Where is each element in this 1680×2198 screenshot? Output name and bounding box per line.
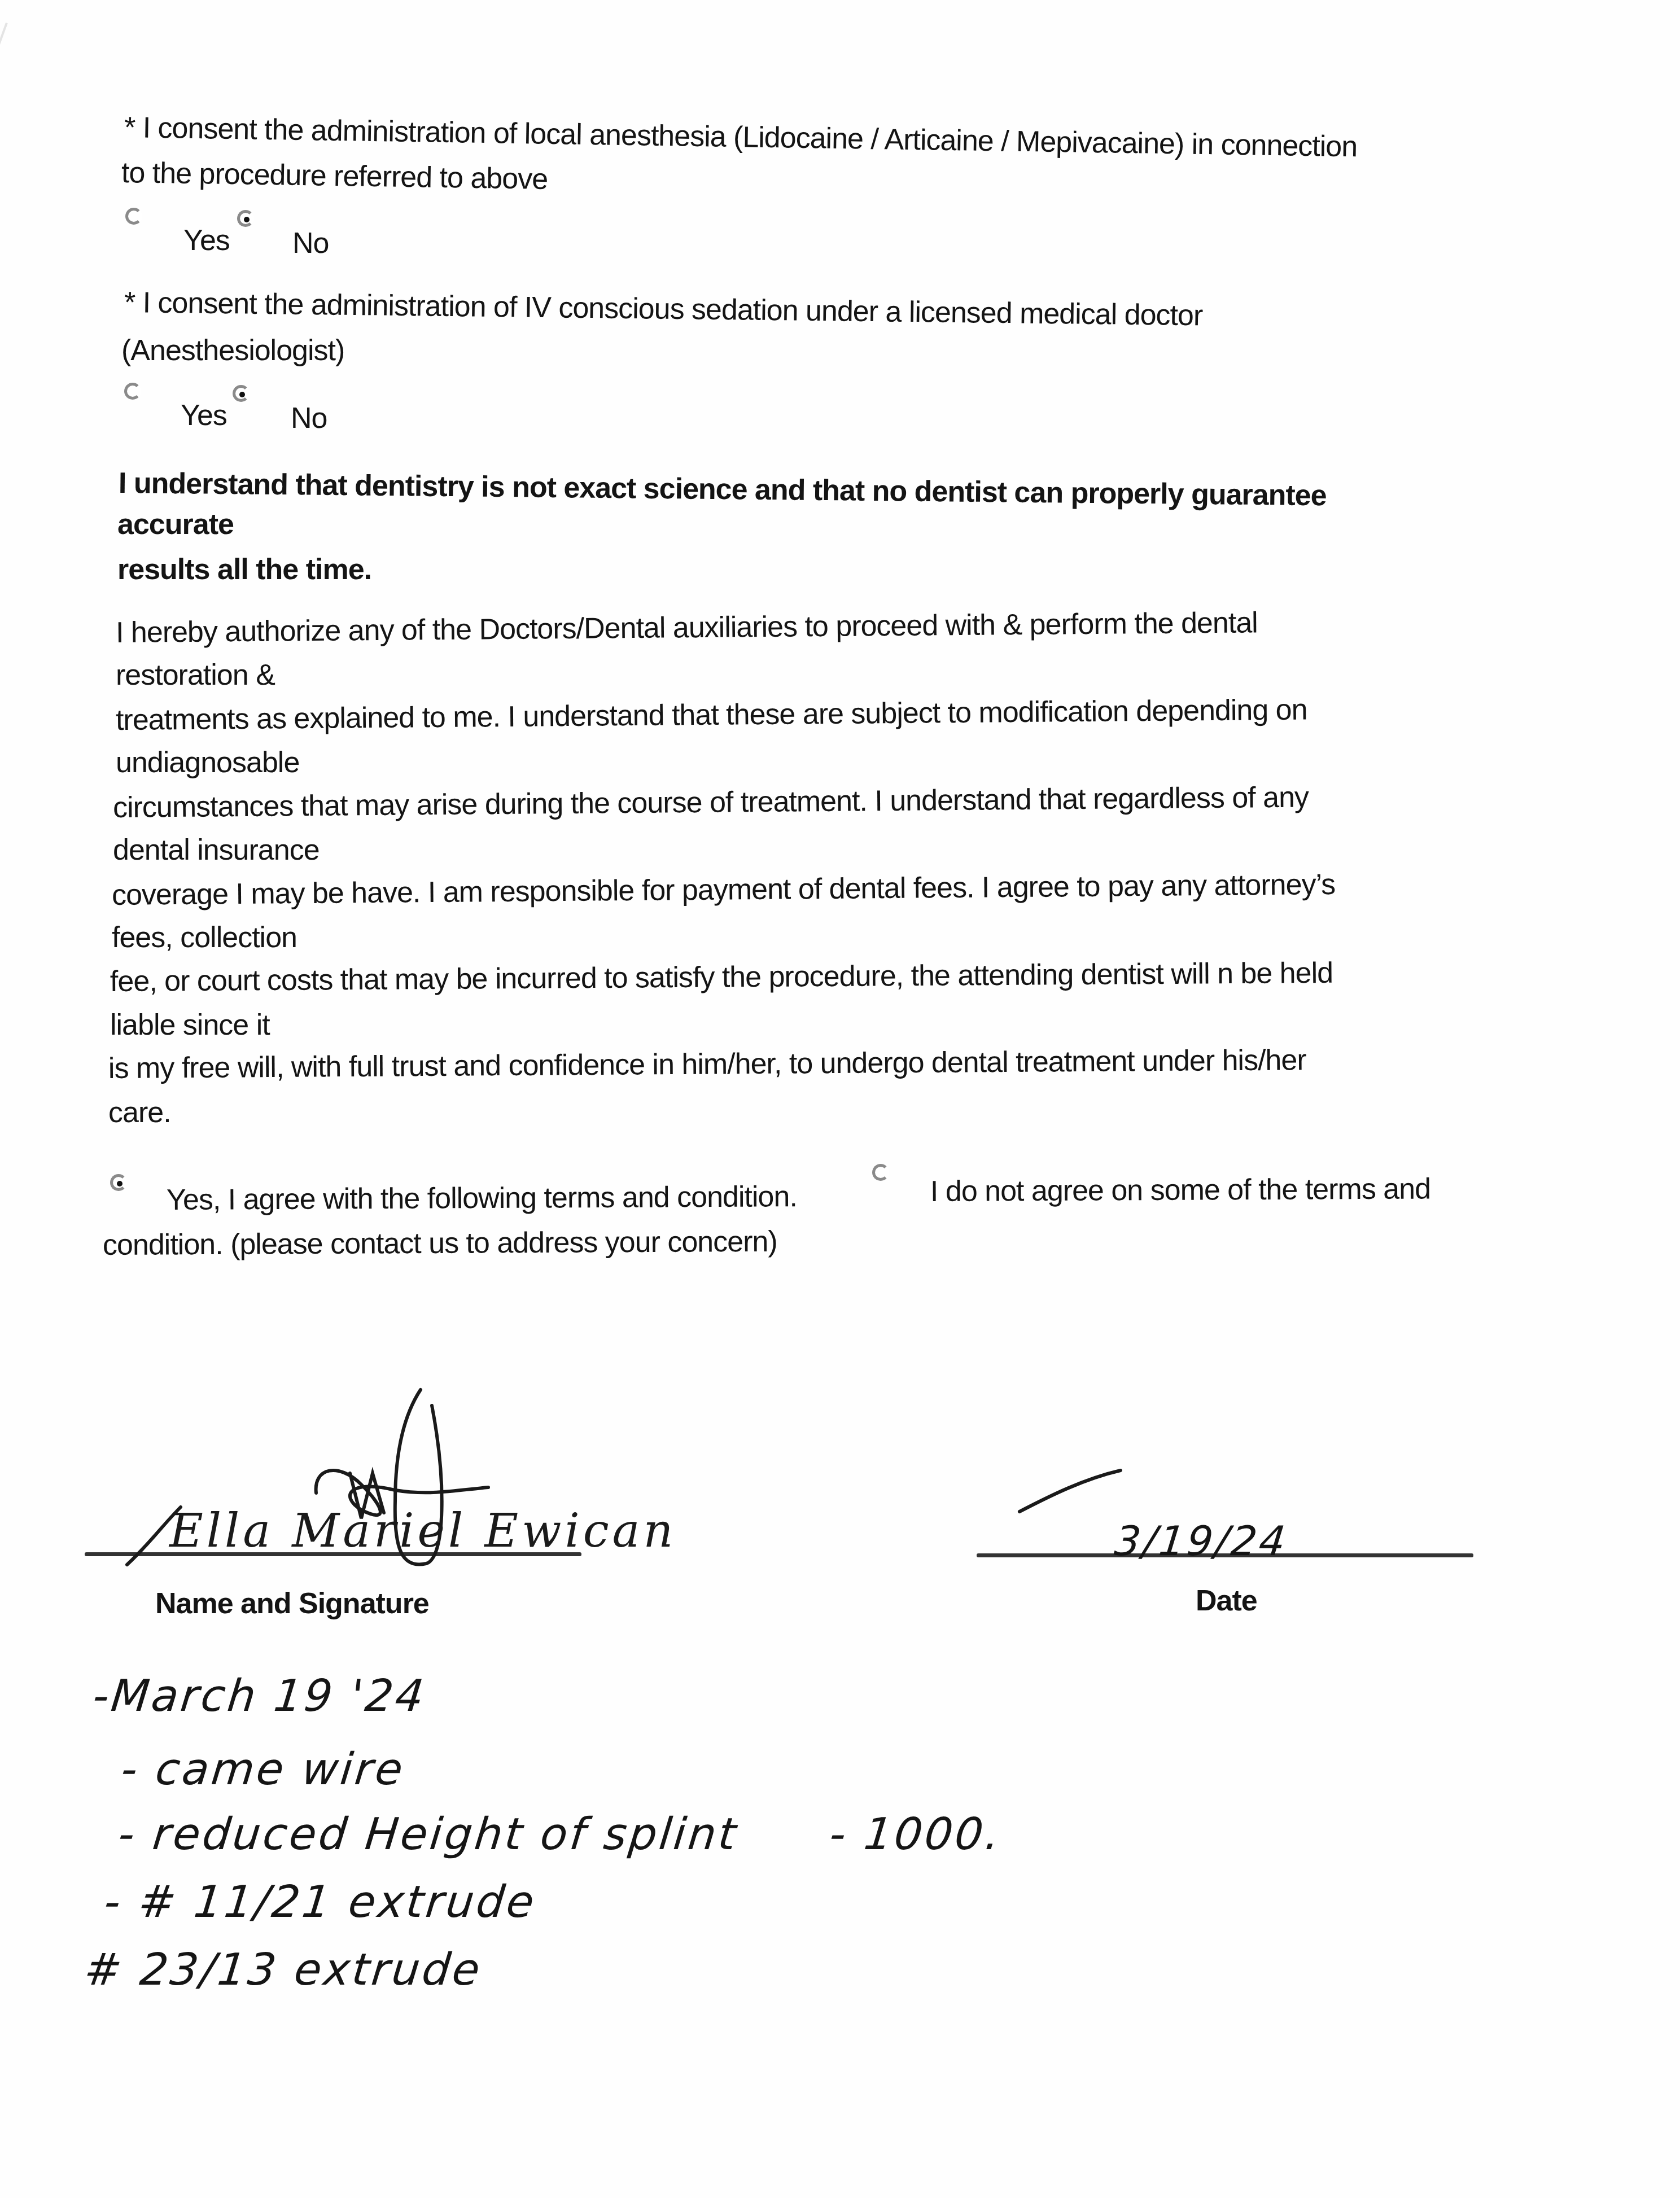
handwritten-note-1: -March 19 '24 (90, 1671, 428, 1722)
date-label: Date (1196, 1583, 1257, 1618)
handwritten-note-3: - reduced Height of splint (116, 1809, 741, 1860)
signature-scribble-icon (0, 0, 1680, 2198)
handwritten-note-2: - came wire (119, 1744, 407, 1795)
consent-form-page: * I consent the administration of local … (0, 0, 1680, 2198)
handwritten-note-5: # 23/13 extrude (82, 1945, 484, 1995)
signature-label: Name and Signature (155, 1586, 429, 1621)
handwritten-note-4: - # 11/21 extrude (102, 1877, 539, 1928)
handwritten-fee: - 1000. (827, 1809, 1004, 1860)
handwritten-date: 3/19/24 (1113, 1517, 1290, 1565)
